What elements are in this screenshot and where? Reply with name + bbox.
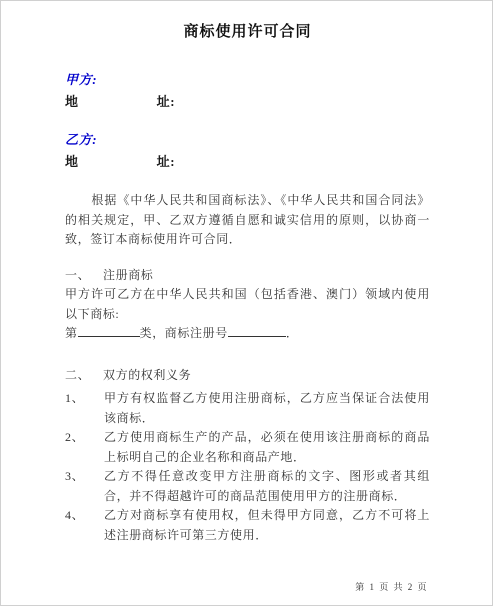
section-1-title: 注册商标 [103, 268, 153, 282]
party-a-block: 甲方: 地址: [65, 69, 430, 113]
section-1-body: 甲方许可乙方在中华人民共和国（包括香港、澳门）领域内使用以下商标: [65, 285, 430, 324]
list-item: 3、 乙方不得任意改变甲方注册商标的文字、图形或者其组合，并不得超越许可的商品范… [65, 467, 430, 506]
party-a-address-right: 址: [157, 94, 176, 109]
party-a-address-row: 地址: [65, 91, 430, 113]
trademark-class-blank-row: 第类，商标注册号． [65, 324, 430, 344]
party-a-address-left: 地 [65, 94, 79, 109]
blank-row-prefix: 第 [65, 326, 78, 340]
section-2-heading: 二、双方的权利义务 [65, 366, 430, 386]
list-item: 2、 乙方使用商标生产的产品，必须在使用该注册商标的商品上标明自己的企业名称和商… [65, 428, 430, 467]
list-item: 1、 甲方有权监督乙方使用注册商标，乙方应当保证合法使用该商标． [65, 389, 430, 428]
section-2-number: 二、 [65, 366, 103, 386]
document-page: 商标使用许可合同 甲方: 地址: 乙方: 地址: 根据《中华人民共和国商标法》、… [0, 0, 493, 606]
section-1-heading: 一、注册商标 [65, 266, 430, 286]
party-a-label: 甲方: [65, 69, 430, 91]
page-number: 第 1 页 共 2 页 [355, 580, 428, 593]
section-1-number: 一、 [65, 266, 103, 286]
list-item-number: 3、 [65, 467, 104, 506]
list-item-text: 乙方对商标享有使用权，但未得甲方同意，乙方不可将上述注册商标许可第三方使用． [104, 506, 430, 545]
list-item-number: 4、 [65, 506, 104, 545]
list-item-text: 乙方不得任意改变甲方注册商标的文字、图形或者其组合，并不得超越许可的商品范围使用… [104, 467, 430, 506]
party-b-address-left: 地 [65, 154, 79, 169]
document-title: 商标使用许可合同 [65, 23, 430, 41]
registration-number-blank-field [228, 325, 286, 337]
list-item: 4、 乙方对商标享有使用权，但未得甲方同意，乙方不可将上述注册商标许可第三方使用… [65, 506, 430, 545]
class-blank-field [78, 325, 140, 337]
section-2-title: 双方的权利义务 [103, 368, 191, 382]
obligations-list: 1、 甲方有权监督乙方使用注册商标，乙方应当保证合法使用该商标． 2、 乙方使用… [65, 389, 430, 545]
party-b-label: 乙方: [65, 129, 430, 151]
list-item-text: 甲方有权监督乙方使用注册商标，乙方应当保证合法使用该商标． [104, 389, 430, 428]
list-item-text: 乙方使用商标生产的产品，必须在使用该注册商标的商品上标明自己的企业名称和商品产地… [104, 428, 430, 467]
list-item-number: 2、 [65, 428, 104, 467]
list-item-number: 1、 [65, 389, 104, 428]
intro-paragraph: 根据《中华人民共和国商标法》、《中华人民共和国合同法》的相关规定，甲、乙双方遵循… [65, 191, 430, 250]
party-b-address-row: 地址: [65, 151, 430, 173]
party-b-block: 乙方: 地址: [65, 129, 430, 173]
party-b-address-right: 址: [157, 154, 176, 169]
blank-row-end: ． [286, 326, 299, 340]
blank-row-middle: 类，商标注册号 [140, 326, 228, 340]
